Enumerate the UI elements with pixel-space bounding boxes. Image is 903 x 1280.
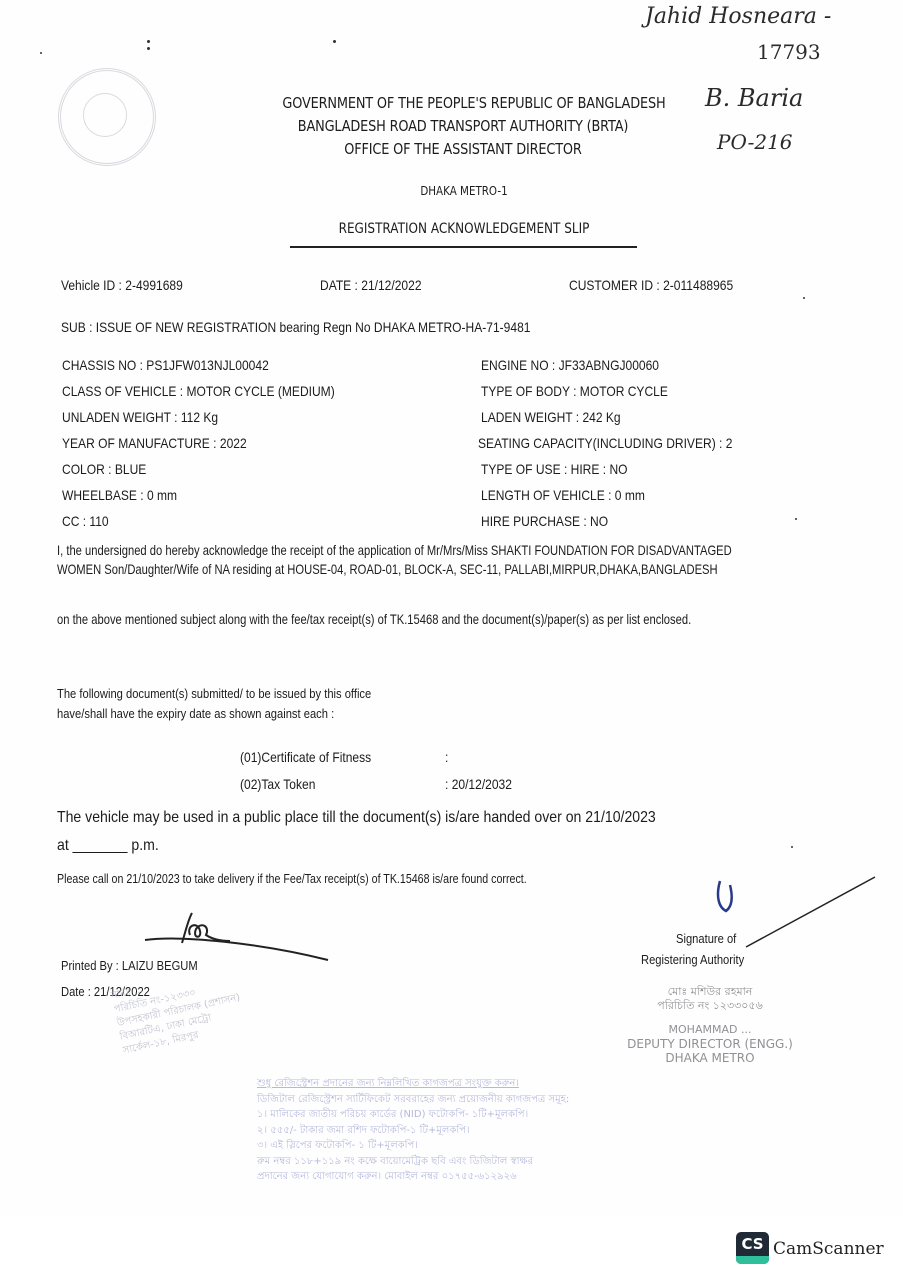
scan-speck [791, 846, 793, 848]
scan-speck [795, 518, 797, 520]
field-class-of-vehicle: CLASS OF VEHICLE : MOTOR CYCLE (MEDIUM) [62, 383, 335, 399]
acknowledgement-line-1: I, the undersigned do hereby acknowledge… [57, 542, 732, 558]
title-underline [290, 246, 637, 248]
document-item-name: (02)Tax Token [240, 776, 315, 792]
document-page: GOVERNMENT OF THE PEOPLE'S REPUBLIC OF B… [0, 0, 903, 1215]
camscanner-label: CamScanner [773, 1239, 884, 1259]
header-office: OFFICE OF THE ASSISTANT DIRECTOR [282, 138, 643, 160]
deputy-director-stamp: মোঃ মশিউর রহমান পরিচিতি নং ১২৩৩০৫৬ MOHAM… [600, 985, 820, 1065]
handwritten-place: B. Baria [705, 84, 803, 112]
field-hire-purchase: HIRE PURCHASE : NO [481, 513, 608, 529]
handwritten-po: PO-216 [717, 130, 793, 154]
printed-by-signature [140, 905, 340, 965]
faint-officer-stamp: নামঃ ... পরিচিতি নং-১২৩৩০ উপসহকারী পরিচা… [110, 964, 247, 1059]
field-wheelbase: WHEELBASE : 0 mm [62, 487, 177, 503]
header-government: GOVERNMENT OF THE PEOPLE'S REPUBLIC OF B… [282, 92, 643, 114]
field-seating-capacity: SEATING CAPACITY(INCLUDING DRIVER) : 2 [478, 435, 732, 451]
field-cc: CC : 110 [62, 513, 109, 529]
field-year-of-manufacture: YEAR OF MANUFACTURE : 2022 [62, 435, 247, 451]
camscanner-logo-icon: CS [736, 1232, 769, 1264]
field-unladen-weight: UNLADEN WEIGHT : 112 Kg [62, 409, 218, 425]
acknowledgement-line-2: WOMEN Son/Daughter/Wife of NA residing a… [57, 561, 718, 577]
office-name: DHAKA METRO-1 [335, 184, 593, 198]
slip-date: DATE : 21/12/2022 [320, 277, 422, 293]
page-title: REGISTRATION ACKNOWLEDGEMENT SLIP [309, 221, 619, 237]
printed-by: Printed By : LAIZU BEGUM [61, 958, 198, 973]
documents-intro-1: The following document(s) submitted/ to … [57, 686, 371, 701]
vehicle-id: Vehicle ID : 2-4991689 [61, 277, 183, 293]
document-item-expiry: : 20/12/2032 [445, 776, 512, 792]
document-item-expiry: : [445, 749, 448, 765]
documents-intro-2: have/shall have the expiry date as shown… [57, 706, 334, 721]
usage-time: at _______ p.m. [57, 837, 159, 855]
field-type-of-body: TYPE OF BODY : MOTOR CYCLE [481, 383, 668, 399]
scan-speck [147, 47, 150, 50]
handwritten-name: Jahid Hosneara - [645, 4, 831, 29]
signature-label: Signature of [676, 931, 736, 946]
registering-authority-label: Registering Authority [641, 952, 744, 967]
field-laden-weight: LADEN WEIGHT : 242 Kg [481, 409, 621, 425]
acknowledgement-line-3: on the above mentioned subject along wit… [57, 611, 691, 627]
field-chassis-no: CHASSIS NO : PS1JFW013NJL00042 [62, 357, 269, 373]
usage-statement: The vehicle may be used in a public plac… [57, 809, 656, 827]
scan-speck [147, 40, 150, 43]
header-authority: BANGLADESH ROAD TRANSPORT AUTHORITY (BRT… [282, 115, 643, 137]
field-length-of-vehicle: LENGTH OF VEHICLE : 0 mm [481, 487, 645, 503]
field-color: COLOR : BLUE [62, 461, 146, 477]
scan-speck [40, 52, 42, 54]
scan-speck [803, 297, 805, 299]
scan-speck [333, 40, 336, 43]
customer-id: CUSTOMER ID : 2-011488965 [569, 277, 733, 293]
delivery-note: Please call on 21/10/2023 to take delive… [57, 871, 527, 886]
handwritten-number: 17793 [757, 40, 821, 64]
subject-line: SUB : ISSUE OF NEW REGISTRATION bearing … [61, 319, 530, 335]
office-seal-stamp [58, 68, 156, 166]
field-engine-no: ENGINE NO : JF33ABNGJ00060 [481, 357, 659, 373]
document-item-name: (01)Certificate of Fitness [240, 749, 371, 765]
field-type-of-use: TYPE OF USE : HIRE : NO [481, 461, 628, 477]
instruction-stamp: শুধু রেজিস্ট্রেশন প্রদানের জন্য নিম্নলিখ… [257, 1076, 569, 1185]
